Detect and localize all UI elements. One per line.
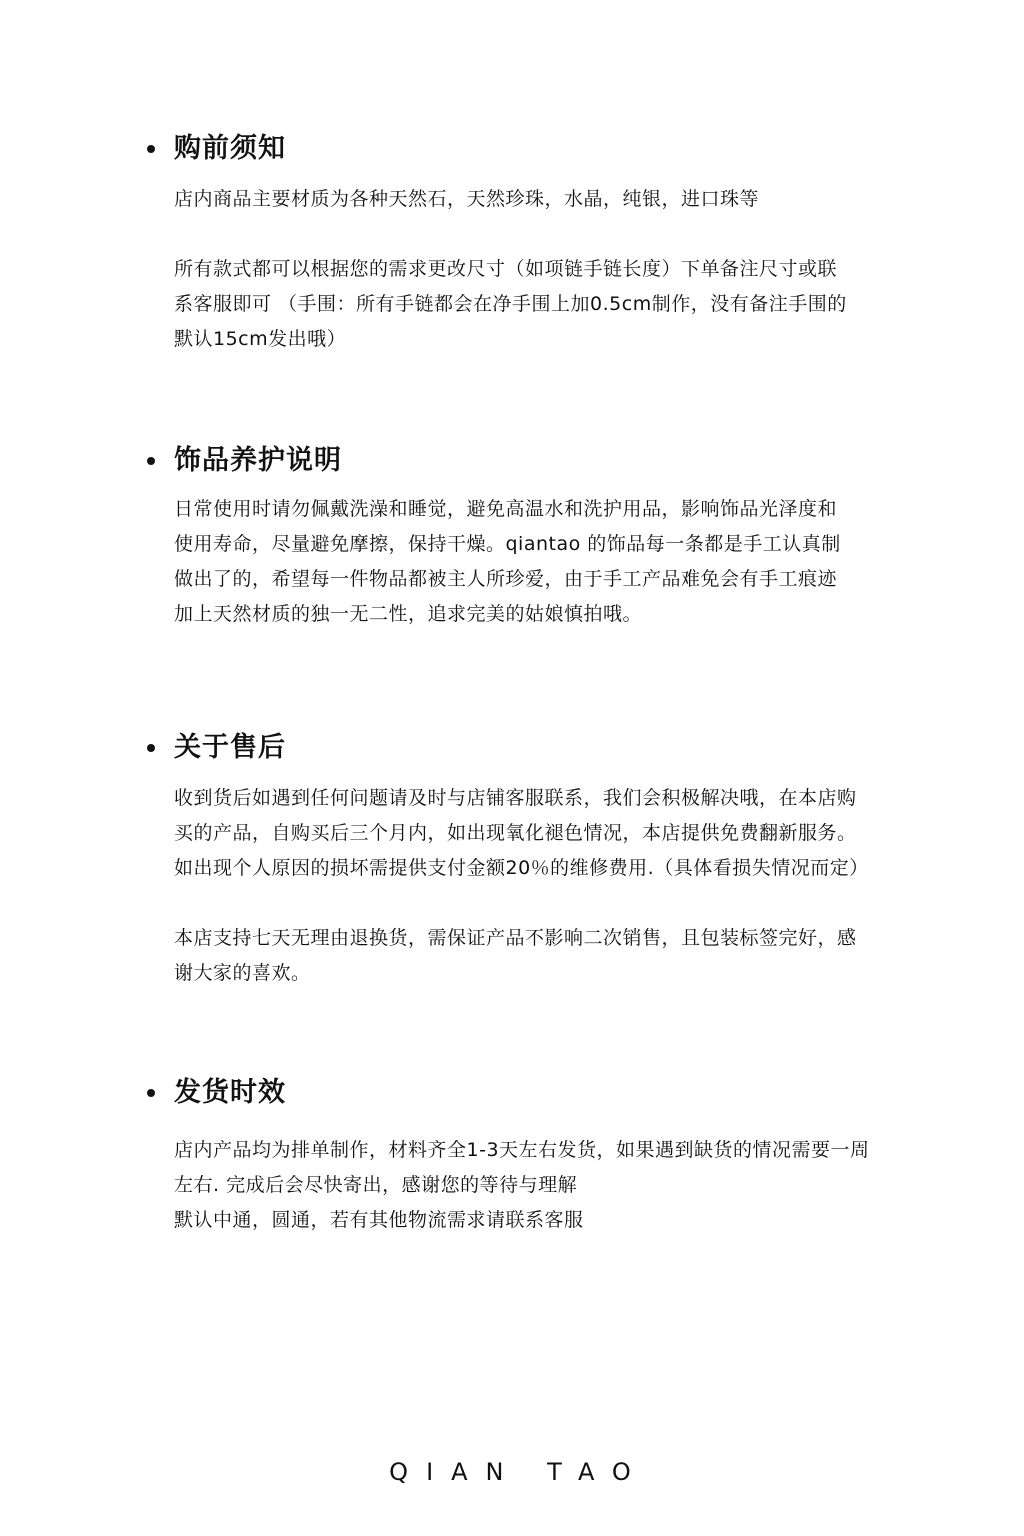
bullet-icon (147, 145, 155, 153)
paragraph-line: 店内商品主要材质为各种天然石，天然珍珠，水晶，纯银，进口珠等 (174, 182, 964, 217)
paragraph-line: 做出了的，希望每一件物品都被主人所珍爱，由于手工产品难免会有手工痕迹 (174, 562, 964, 597)
section-after-sales: 关于售后 (0, 728, 1024, 768)
section-header: 购前须知 (0, 129, 1024, 169)
bullet-icon (147, 744, 155, 752)
section-purchase-notice: 购前须知 (0, 129, 1024, 169)
paragraph-line: 使用寿命，尽量避免摩擦，保持干燥。qiantao 的饰品每一条都是手工认真制 (174, 527, 964, 562)
section-jewelry-care: 饰品养护说明 (0, 441, 1024, 481)
section-title: 饰品养护说明 (174, 441, 342, 481)
section-header: 发货时效 (0, 1073, 1024, 1113)
section-shipping-time: 发货时效 (0, 1073, 1024, 1113)
paragraph-line: 店内产品均为排单制作，材料齐全1-3天左右发货，如果遇到缺货的情况需要一周 (174, 1133, 964, 1168)
bullet-icon (147, 457, 155, 465)
paragraph-line: 买的产品，自购买后三个月内，如出现氧化褪色情况，本店提供免费翻新服务。 (174, 816, 964, 851)
section-title: 发货时效 (174, 1073, 286, 1113)
section-paragraph: 所有款式都可以根据您的需求更改尺寸（如项链手链长度）下单备注尺寸或联 系客服即可… (174, 252, 964, 357)
paragraph-line: 左右. 完成后会尽快寄出，感谢您的等待与理解 (174, 1168, 964, 1203)
section-paragraph: 收到货后如遇到任何问题请及时与店铺客服联系，我们会积极解决哦，在本店购 买的产品… (174, 781, 964, 886)
section-title: 关于售后 (174, 728, 286, 768)
paragraph-line: 本店支持七天无理由退换货，需保证产品不影响二次销售，且包装标签完好，感 (174, 921, 964, 956)
section-title: 购前须知 (174, 129, 286, 169)
paragraph-line: 加上天然材质的独一无二性，追求完美的姑娘慎拍哦。 (174, 597, 964, 632)
paragraph-line: 所有款式都可以根据您的需求更改尺寸（如项链手链长度）下单备注尺寸或联 (174, 252, 964, 287)
bullet-icon (147, 1089, 155, 1097)
paragraph-line: 日常使用时请勿佩戴洗澡和睡觉，避免高温水和洗护用品，影响饰品光泽度和 (174, 492, 964, 527)
paragraph-line: 如出现个人原因的损坏需提供支付金额20％的维修费用.（具体看损失情况而定） (174, 851, 964, 886)
section-paragraph: 日常使用时请勿佩戴洗澡和睡觉，避免高温水和洗护用品，影响饰品光泽度和 使用寿命，… (174, 492, 964, 632)
paragraph-line: 默认15cm发出哦） (174, 322, 964, 357)
section-paragraph: 店内商品主要材质为各种天然石，天然珍珠，水晶，纯银，进口珠等 (174, 182, 964, 217)
paragraph-line: 收到货后如遇到任何问题请及时与店铺客服联系，我们会积极解决哦，在本店购 (174, 781, 964, 816)
footer-brand-logo: QIAN TAO (0, 1455, 1024, 1489)
paragraph-line: 谢大家的喜欢。 (174, 956, 964, 991)
section-header: 关于售后 (0, 728, 1024, 768)
section-paragraph: 店内产品均为排单制作，材料齐全1-3天左右发货，如果遇到缺货的情况需要一周 左右… (174, 1133, 964, 1238)
section-paragraph: 本店支持七天无理由退换货，需保证产品不影响二次销售，且包装标签完好，感 谢大家的… (174, 921, 964, 991)
paragraph-line: 系客服即可 （手围：所有手链都会在净手围上加0.5cm制作，没有备注手围的 (174, 287, 964, 322)
section-header: 饰品养护说明 (0, 441, 1024, 481)
paragraph-line: 默认中通，圆通，若有其他物流需求请联系客服 (174, 1203, 964, 1238)
